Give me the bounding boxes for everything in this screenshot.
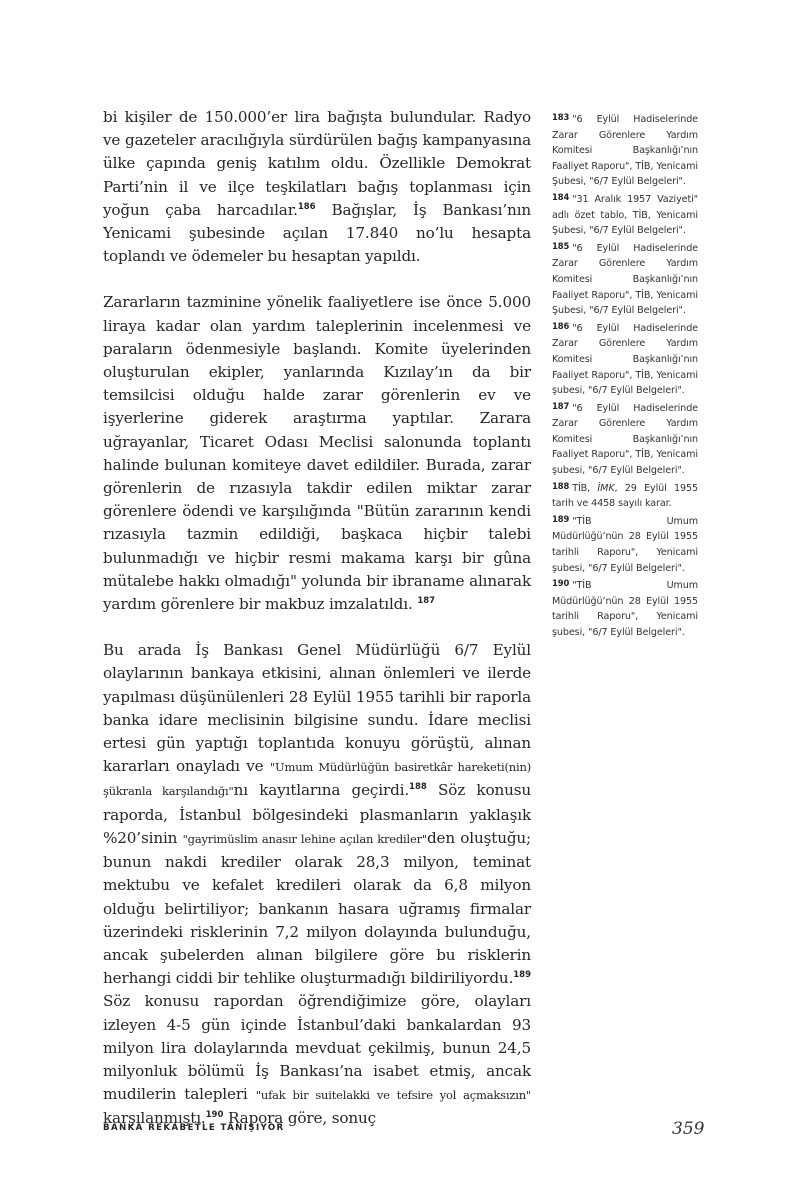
paragraph-text: Zararların tazminine yönelik faaliyetler… xyxy=(103,293,531,613)
footnote-189: 189"TİB Umum Müdürlüğü’nün 28 Eylül 1955… xyxy=(552,512,698,576)
footnote-number: 184 xyxy=(552,192,569,202)
footnote-ref-186[interactable]: 186 xyxy=(298,202,316,212)
book-page: bi kişiler de 150.000’er lira bağışta bu… xyxy=(0,0,799,1200)
footnote-188: 188TİB, İMK, 29 Eylül 1955 tarih ve 4458… xyxy=(552,479,698,512)
paragraph-3: Bu arada İş Bankası Genel Müdürlüğü 6/7 … xyxy=(103,639,531,1130)
footnote-italic-text: İMK xyxy=(597,483,614,494)
paragraph-text: Söz konusu rapordan öğrendiğimize göre, … xyxy=(103,992,531,1103)
footnote-text: "TİB Umum Müdürlüğü’nün 28 Eylül 1955 ta… xyxy=(552,516,698,574)
footnote-185: 185"6 Eylül Hadiselerinde Zarar Görenler… xyxy=(552,239,698,319)
footnote-number: 183 xyxy=(552,112,569,122)
footnote-number: 186 xyxy=(552,321,569,331)
footnote-number: 189 xyxy=(552,514,569,524)
footnote-number: 187 xyxy=(552,401,569,411)
paragraph-text: den oluştuğu; bunun nakdi krediler olara… xyxy=(103,829,531,987)
paragraph-2: Zararların tazminine yönelik faaliyetler… xyxy=(103,291,531,616)
footnote-ref-190[interactable]: 190 xyxy=(206,1110,224,1120)
quoted-text: "gayrimüslim anasır lehine açılan kredil… xyxy=(183,832,427,846)
footnote-183: 183"6 Eylül Hadiselerinde Zarar Görenler… xyxy=(552,110,698,190)
footnote-text: TİB, xyxy=(572,483,597,494)
paragraph-text: nı kayıtlarına geçirdi. xyxy=(234,781,409,799)
page-number: 359 xyxy=(672,1119,704,1139)
footnote-number: 188 xyxy=(552,481,569,491)
footnote-184: 184"31 Aralık 1957 Vaziyeti" adlı özet t… xyxy=(552,190,698,239)
footnote-ref-188[interactable]: 188 xyxy=(409,782,427,792)
footnote-text: "6 Eylül Hadiselerinde Zarar Görenlere Y… xyxy=(552,114,698,187)
footnote-text: "6 Eylül Hadiselerinde Zarar Görenlere Y… xyxy=(552,323,698,396)
quoted-text: "ufak bir suitelakki ve tefsire yol açma… xyxy=(256,1088,531,1102)
footnotes-column: 183"6 Eylül Hadiselerinde Zarar Görenler… xyxy=(552,110,698,641)
footnote-text: "31 Aralık 1957 Vaziyeti" adlı özet tabl… xyxy=(552,194,698,236)
footnote-text: "6 Eylül Hadiselerinde Zarar Görenlere Y… xyxy=(552,403,698,476)
footnote-text: "6 Eylül Hadiselerinde Zarar Görenlere Y… xyxy=(552,243,698,316)
footnote-190: 190"TİB Umum Müdürlüğü’nün 28 Eylül 1955… xyxy=(552,576,698,640)
footnote-186: 186"6 Eylül Hadiselerinde Zarar Görenler… xyxy=(552,319,698,399)
footnote-number: 190 xyxy=(552,578,569,588)
footnote-187: 187"6 Eylül Hadiselerinde Zarar Görenler… xyxy=(552,399,698,479)
footnote-number: 185 xyxy=(552,241,569,251)
footnote-text: "TİB Umum Müdürlüğü’nün 28 Eylül 1955 ta… xyxy=(552,580,698,638)
footnote-ref-189[interactable]: 189 xyxy=(513,970,531,980)
paragraph-1: bi kişiler de 150.000’er lira bağışta bu… xyxy=(103,106,531,268)
running-footer-title: BANKA REKABETLE TANIŞIYOR xyxy=(103,1123,285,1133)
main-text-column: bi kişiler de 150.000’er lira bağışta bu… xyxy=(103,106,531,1131)
footnote-ref-187[interactable]: 187 xyxy=(417,596,435,606)
paragraph-text: Bu arada İş Bankası Genel Müdürlüğü 6/7 … xyxy=(103,641,531,775)
